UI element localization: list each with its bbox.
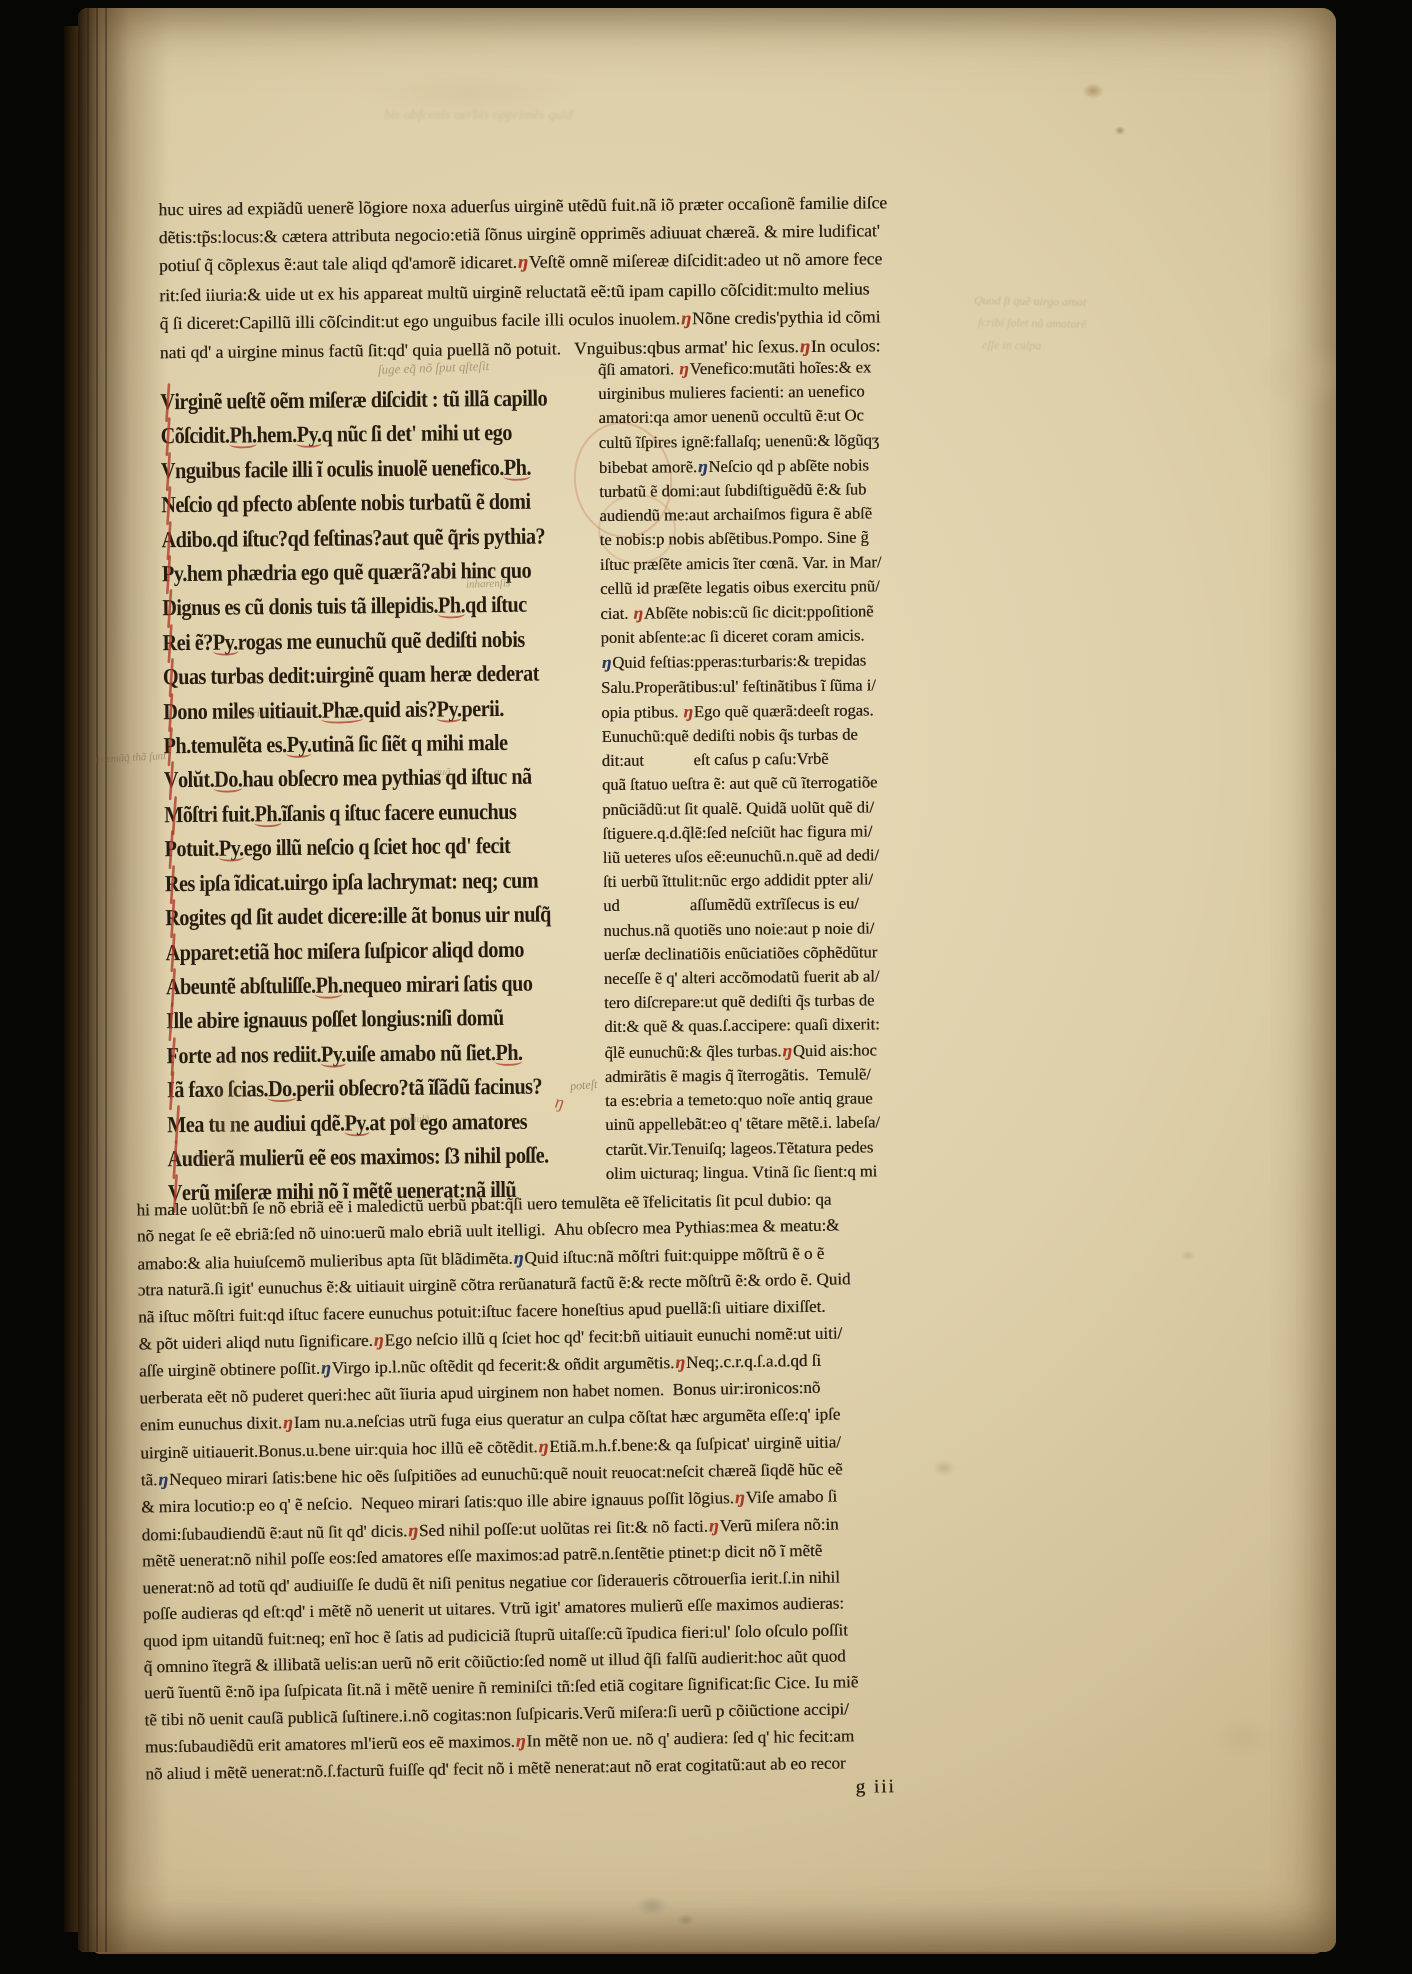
- text-line: te nobis:p nobis abſẽtibus.Pompo. Sine g…: [600, 525, 934, 552]
- speaker-abbreviation: Ph.: [315, 972, 342, 997]
- text-line: Mõſtri fuit.Ph.ĩſanis q iſtuc facere eun…: [164, 794, 543, 832]
- speaker-abbreviation: Ph.: [495, 1040, 522, 1065]
- text-line: Abeuntẽ abſtuliſſe.Ph.nequeo mirari ſati…: [166, 966, 545, 1004]
- paragraph-mark-blue: ŋ: [601, 652, 613, 672]
- stain-spot: [308, 60, 628, 126]
- text-line: bibebat amorẽ.ŋNeſcio qd p abſẽte nobis: [599, 452, 933, 480]
- text-line: Neſcio qd pfecto abſente nobis turbatũ ẽ…: [161, 485, 540, 523]
- rubricated-initial: A: [166, 970, 180, 1005]
- text-line: q̃ſi amatori. ŋVenefico:mutãti hoĩes:& e…: [598, 354, 932, 382]
- rubricated-initial: C: [160, 420, 174, 455]
- rubricated-initial: R: [165, 867, 179, 902]
- text-line: ſtiguere.q.d.q̃lẽ:ſed neſciũt hac figura…: [602, 819, 936, 846]
- text-line: Ph.temulẽta es.Py.utinã ſic ſiẽt q mihi …: [163, 726, 542, 764]
- top-commentary-block: huc uires ad expiãdũ uenerẽ lõgiore noxa…: [158, 188, 960, 368]
- text-line: Dignus es cũ donis tuis tã illepidis.Ph.…: [162, 588, 541, 626]
- text-line: turbatũ ẽ domi:aut ſubdiſtiguẽdũ ẽ:& ſub: [599, 477, 933, 504]
- bottom-commentary-block: hi male uolũt:bñ ſe nõ ebriã eẽ i maledi…: [136, 1185, 965, 1788]
- stain-spot: [674, 1912, 698, 1928]
- book-page: huc uires ad expiãdũ uenerẽ lõgiore noxa…: [78, 8, 1336, 1952]
- marginalia-note: ſcribi ſolet nõ amatorẽ: [978, 315, 1087, 332]
- paragraph-mark-red: ŋ: [674, 1352, 686, 1372]
- paragraph-mark-red: ŋ: [373, 1330, 385, 1350]
- text-line: tero diſcrepare:ut quẽ dediſti q̃s turba…: [604, 988, 938, 1015]
- text-line: Rogites qd ſit audet dicere:ille ãt bonu…: [165, 898, 544, 936]
- paragraph-mark-red: ŋ: [682, 701, 694, 721]
- text-line: amatori:qa amor uenenũ occultũ ẽ:ut Oc: [598, 403, 932, 430]
- text-line: Eunuchũ:quẽ dediſti nobis q̃s turbas de: [601, 722, 935, 749]
- text-line: cultũ ĩſpires ignẽ:fallaſq; uenenũ:& lõg…: [599, 427, 933, 454]
- rubricated-initial: R: [162, 626, 176, 661]
- text-line: ta es:ebria a temeto:quo noĩe antiq grau…: [605, 1086, 939, 1113]
- stain-spot: [630, 1892, 674, 1920]
- rubricated-initial: A: [165, 936, 179, 971]
- text-line: neceſſe ẽ q' alteri accõmodatũ fuerit ab…: [604, 964, 938, 991]
- text-line: ctarũt.Vir.Tenuiſq; lageos.Tẽtatura pede…: [605, 1134, 939, 1161]
- text-line: ciat. ŋAbſẽte nobis:cũ ſic dicit:ppoſiti…: [600, 598, 934, 626]
- paragraph-mark-red: ŋ: [678, 358, 690, 378]
- text-line: iſtuc præſẽte amicis ĩter cœnã. Var. in …: [600, 549, 934, 576]
- text-line: nuchus.nã quotiẽs uno noie:aut p noie di…: [603, 915, 937, 942]
- text-line: Potuit.Py.ego illũ neſcio q ſciet hoc qd…: [164, 829, 543, 867]
- text-line: dit:& quẽ & quas.ſ.accipere: quaſi dixer…: [604, 1012, 938, 1039]
- commentary-column: q̃ſi amatori. ŋVenefico:mutãti hoĩes:& e…: [598, 354, 940, 1186]
- text-line: quã ſtatuo ueſtra ẽ: aut quẽ cũ ĩterroga…: [602, 770, 936, 797]
- marginalia-note: poteſt: [569, 1077, 598, 1094]
- text-line: opia ptibus. ŋEgo quẽ quærã:deeſt rogas.: [601, 697, 935, 725]
- speaker-abbreviation: Do.: [214, 767, 242, 792]
- speaker-abbreviation: Phæ.: [322, 697, 363, 722]
- paragraph-mark-red: ŋ: [799, 336, 811, 357]
- paragraph-mark-red: ŋ: [282, 1412, 294, 1432]
- text-line: Virginẽ ueſtẽ oẽm miſeræ diſcidit : tũ i…: [160, 382, 539, 420]
- text-line: Volŭt.Do.hau obſecro mea pythias qd iſtu…: [164, 760, 543, 798]
- speaker-abbreviation: Py.: [219, 836, 244, 861]
- signature-mark: g iii: [856, 1776, 896, 1798]
- text-line: liũ ueteres uſos eẽ:eunuchũ.n.quẽ ad ded…: [603, 843, 937, 870]
- speaker-abbreviation: Ph.: [254, 801, 281, 826]
- rubricated-initial: M: [164, 798, 183, 833]
- text-line: ponit abſente:ac ſi diceret coram amicis…: [600, 623, 934, 650]
- text-line: ŋQuid feſtias:pperas:turbaris:& trepidas: [601, 647, 935, 675]
- rubricated-initial: A: [161, 523, 175, 558]
- rubricated-initial: D: [163, 695, 177, 730]
- stain-spot: [692, 1598, 720, 1616]
- rubricated-initial: P: [164, 832, 176, 867]
- text-line: pnũciãdũ:ut ſit qualẽ. Quidã uolũt quẽ d…: [602, 794, 936, 821]
- text-line: q̃lẽ eunuchũ:& q̃les turbas.ŋQuid ais:ho…: [604, 1036, 938, 1064]
- text-line: cellũ id præſẽte legatis oibus exercitu …: [600, 574, 934, 601]
- marginalia-note: cumulq̃: [400, 1113, 430, 1125]
- rubricated-initial: V: [160, 385, 174, 420]
- speaker-abbreviation: Do.: [268, 1076, 296, 1101]
- rubricated-initial: M: [167, 1108, 186, 1143]
- rubricated-initial: R: [165, 901, 179, 936]
- paragraph-mark-red: ŋ: [537, 1436, 549, 1456]
- text-line: Rei ẽ?Py.rogas me eunuchũ quẽ dediſti no…: [162, 622, 541, 660]
- text-line: Salu.Properãtibus:ul' feſtinãtibus ĩ ſũm…: [601, 672, 935, 699]
- speaker-abbreviation: Py.: [321, 1041, 346, 1066]
- rubricated-initial: F: [166, 1039, 178, 1074]
- rubricated-initial: P: [162, 557, 174, 592]
- text-line: olim uicturaq; lingua. Vtinã ſic ſient:q…: [606, 1158, 940, 1185]
- paragraph-mark-red: ŋ: [515, 1731, 527, 1751]
- text-line: ſti uerbũ ĩttulit:nũc ergo addidit ppter…: [603, 867, 937, 894]
- text-line: admirãtis ẽ magis q̃ ĩterrogãtis. Temulẽ…: [605, 1062, 939, 1089]
- speaker-abbreviation: Py.: [213, 629, 238, 654]
- speaker-abbreviation: Ph.: [438, 593, 465, 618]
- stain-spot: [1178, 1248, 1198, 1263]
- marginalia-note: inharenſis: [466, 577, 511, 591]
- speaker-abbreviation: Py.: [287, 732, 312, 757]
- stain-spot: [1198, 1708, 1288, 1768]
- text-line: audiendũ me:aut archaiſmos figura ẽ abſẽ: [599, 501, 933, 528]
- paragraph-mark-red: ŋ: [680, 308, 692, 329]
- text-line: Apparet:etiã hoc miſera ſuſpicor aliqd d…: [165, 932, 544, 970]
- text-line: Res ipſa ĩdicat.uirgo ipſa lachrymat: ne…: [165, 863, 544, 901]
- rubricated-initial: I: [167, 1073, 175, 1107]
- scanned-page-photo: huc uires ad expiãdũ uenerẽ lõgiore noxa…: [0, 0, 1412, 1974]
- text-line: uerſæ declinatiõis enũciatiões cõphẽdũtu…: [604, 940, 938, 967]
- text-line: Adibo.qd iſtuc?qd feſtinas?aut quẽ q̃ris…: [161, 519, 540, 557]
- marginalia-note: quã: [434, 766, 451, 778]
- marginalia-note: eſſe in culpa: [982, 337, 1042, 353]
- text-line: uinũ appellebãt:eo q' tẽtare mẽtẽ.i. lab…: [605, 1110, 939, 1137]
- speaker-abbreviation: Py.: [344, 1110, 369, 1135]
- speaker-abbreviation: Py.: [436, 696, 461, 721]
- marginalia-note: ebria: [242, 708, 266, 721]
- paragraph-mark-red: ŋ: [517, 252, 529, 273]
- paragraph-mark-red: ŋ: [407, 1520, 419, 1540]
- stain-spot: [1078, 80, 1108, 102]
- rubricated-initial: V: [164, 764, 178, 799]
- paragraph-mark-blue: ŋ: [512, 1247, 524, 1267]
- text-area: huc uires ad expiãdũ uenerẽ lõgiore noxa…: [78, 8, 1336, 1952]
- marginalia-note: Quod ſi quẽ uirgo amat: [974, 293, 1086, 310]
- rubricated-initial: I: [166, 1004, 174, 1038]
- stain-spot: [928, 1456, 960, 1480]
- speaker-abbreviation: Ph.: [229, 423, 256, 448]
- paragraph-mark-red: ŋ: [632, 603, 644, 623]
- rubricated-initial: V: [161, 454, 175, 489]
- paragraph-mark-red: ŋ: [708, 1515, 720, 1535]
- text-line: Vnguibus facile illi ĩ oculis inuolẽ uen…: [161, 450, 540, 488]
- speaker-abbreviation: Py.: [297, 422, 322, 447]
- text-line: ud aſſumẽdũ extrĩſecus is eu/: [603, 891, 937, 918]
- text-line: Cõſcidit.Ph.hem.Py.q nũc ſi det' mihi ut…: [160, 416, 539, 454]
- text-line: Quas turbas dedit:uirginẽ quam heræ dede…: [163, 657, 542, 695]
- text-line: dit:aut eſt caſus p caſu:Vrbẽ: [602, 746, 936, 773]
- text-line: Dono miles uitiauit.Phæ.quid ais?Py.peri…: [163, 691, 542, 729]
- rubricated-initial: N: [161, 488, 175, 523]
- speaker-abbreviation: Ph.: [504, 454, 531, 479]
- paragraph-mark-red: ŋ: [734, 1487, 746, 1507]
- rubricated-initial: Q: [163, 660, 179, 695]
- stain-spot: [1112, 124, 1128, 137]
- paragraph-mark-blue: ŋ: [157, 1469, 169, 1489]
- rubricated-initial: D: [162, 592, 176, 627]
- paragraph-mark-red: ŋ: [781, 1040, 793, 1060]
- stain-spot: [194, 1008, 264, 1228]
- paragraph-mark-blue: ŋ: [697, 456, 709, 476]
- text-line: uirginibus mulieres facienti: an uenefic…: [598, 379, 932, 406]
- paragraph-mark-blue: ŋ: [320, 1358, 332, 1378]
